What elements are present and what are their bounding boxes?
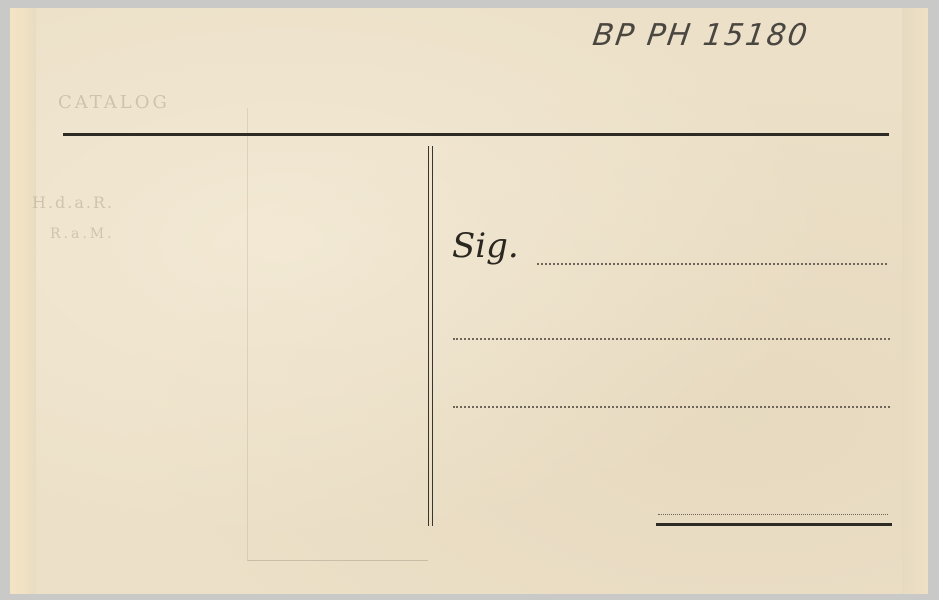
address-line-2 — [453, 338, 890, 340]
bottom-rule — [656, 523, 892, 526]
show-through-frame — [247, 108, 428, 561]
show-through-text: R.a.M. — [50, 226, 115, 242]
signature-label: Sig. — [452, 226, 519, 266]
card-right-edge — [902, 8, 928, 594]
address-line-3 — [453, 406, 890, 408]
top-divider-line — [63, 133, 889, 136]
show-through-text: H.d.a.R. — [32, 193, 114, 212]
catalog-number: BP PH 15180 — [591, 18, 812, 53]
address-line-4 — [658, 514, 888, 515]
center-divider-line — [428, 146, 433, 526]
show-through-text: CATALOG — [58, 92, 170, 113]
address-line-1 — [537, 263, 887, 265]
card-left-edge — [10, 8, 36, 594]
